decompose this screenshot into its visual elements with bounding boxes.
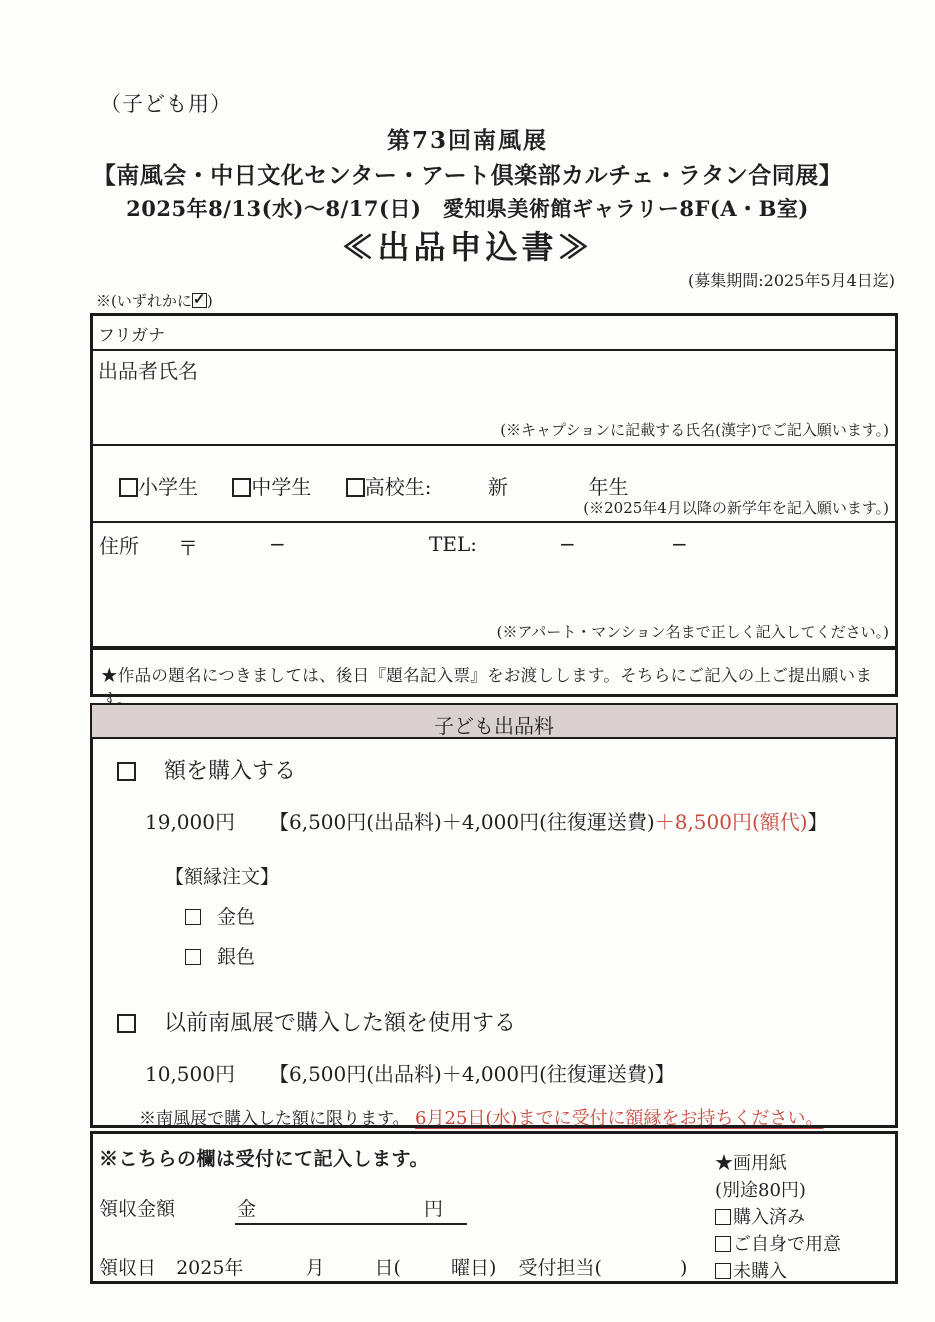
applicant-info-table: フリガナ 出品者氏名 (※キャプションに記載する氏名(漢字)でご記入願います。)…: [90, 313, 898, 650]
address-note: (※アパート・マンション名まで正しく記入してください。): [93, 621, 895, 642]
frame-order-label: 【額縁注文】: [165, 866, 279, 888]
grade-option-elementary: 小学生: [119, 475, 198, 499]
grade-new-label: 新: [488, 475, 508, 499]
application-form-page: （子ども用） 第73回南風展 【南風会・中日文化センター・アート倶楽部カルチェ・…: [0, 0, 935, 1322]
reception-box: ※こちらの欄は受付にて記入します。 領収金額金円 領収日 2025年 月 日( …: [90, 1131, 898, 1284]
tel-dash-1: −: [559, 532, 576, 556]
drawing-paper-block: ★画用紙 (別途80円) 購入済み ご自身で用意 未購入: [715, 1150, 841, 1285]
checkbox-high-school[interactable]: [346, 478, 365, 497]
form-title: ≪出品申込書≫: [0, 222, 935, 268]
buy-frame-breakdown-black: 【6,500円(出品料)＋4,000円(往復運送費): [269, 810, 655, 834]
grade-note: (※2025年4月以降の新学年を記入願います。): [93, 497, 895, 518]
applicant-name-note: (※キャプションに記載する氏名(漢字)でご記入願います。): [93, 419, 895, 440]
receipt-date-month: 月: [305, 1253, 324, 1280]
check-instruction: ※(いずれかに): [96, 290, 213, 311]
postal-mark: 〒: [178, 532, 198, 561]
recruitment-deadline: (募集期間:2025年5月4日迄): [688, 268, 895, 291]
paper-option-purchased-label: 購入済み: [733, 1207, 805, 1228]
reception-staff-label: 受付担当(: [518, 1253, 601, 1280]
checkbox-use-previous-frame[interactable]: [117, 1014, 136, 1033]
grade-option-high-school-label: 高校生:: [365, 475, 432, 499]
paper-option-own-label: ご自身で用意: [733, 1234, 841, 1255]
drawing-paper-subtitle: (別途80円): [715, 1177, 841, 1204]
receipt-amount-label: 領収金額: [99, 1198, 175, 1220]
buy-frame-breakdown: 【6,500円(出品料)＋4,000円(往復運送費)＋8,500円(額代)】: [269, 810, 828, 834]
fee-options-box: 額を購入する 19,000円【6,500円(出品料)＋4,000円(往復運送費)…: [90, 739, 898, 1128]
frame-color-gold-option: 金色: [93, 902, 895, 929]
checkbox-paper-purchased[interactable]: [715, 1209, 731, 1225]
checkbox-buy-frame[interactable]: [117, 762, 136, 781]
receipt-date-day: 日(: [375, 1253, 401, 1280]
use-previous-frame-price: 10,500円: [145, 1062, 235, 1086]
audience-label: （子ども用）: [100, 88, 232, 118]
checked-box-icon: [192, 293, 207, 308]
exhibition-title: 第73回南風展: [0, 122, 935, 155]
paper-option-not-purchased-label: 未購入: [733, 1261, 787, 1282]
tel-label: TEL:: [429, 532, 477, 556]
receipt-amount-suffix: 円: [424, 1194, 443, 1221]
fee-section-header: 子ども出品料: [90, 703, 898, 739]
receipt-amount-field[interactable]: 金円: [235, 1194, 467, 1225]
checkbox-paper-own[interactable]: [715, 1236, 731, 1252]
use-previous-frame-breakdown: 【6,500円(出品料)＋4,000円(往復運送費)】: [269, 1062, 675, 1086]
frame-color-gold-label: 金色: [217, 906, 255, 928]
exhibition-schedule-venue: 2025年8/13(水)～8/17(日) 愛知県美術館ギャラリー8F(A・B室): [0, 193, 935, 223]
receipt-amount-prefix: 金: [237, 1194, 256, 1221]
buy-frame-label: 額を購入する: [164, 759, 296, 784]
check-instruction-suffix: ): [207, 292, 213, 310]
checkbox-paper-not-purchased[interactable]: [715, 1263, 731, 1279]
furigana-label: フリガナ: [98, 326, 165, 346]
checkbox-gold[interactable]: [185, 909, 201, 925]
buy-frame-breakdown-close: 】: [808, 810, 828, 834]
address-label: 住所: [99, 534, 139, 558]
receipt-date-year: 2025年: [176, 1253, 243, 1280]
drawing-paper-title: ★画用紙: [715, 1150, 841, 1177]
checkbox-silver[interactable]: [185, 949, 201, 965]
previous-frame-note-line: ※南風展で購入した額に限ります。 6月25日(水)までに受付に額縁をお持ちくださ…: [93, 1104, 895, 1130]
grade-option-junior-high-label: 中学生: [251, 475, 311, 499]
checkbox-junior-high[interactable]: [232, 478, 251, 497]
buy-frame-breakdown-red: ＋8,500円(額代): [655, 810, 808, 834]
frame-deadline-note: 6月25日(水)までに受付に額縁をお持ちください。: [415, 1108, 823, 1129]
buy-frame-price-line: 19,000円【6,500円(出品料)＋4,000円(往復運送費)＋8,500円…: [93, 806, 895, 835]
receipt-date-label: 領収日: [99, 1253, 156, 1280]
use-previous-frame-label: 以前南風展で購入した額を使用する: [164, 1011, 516, 1036]
grade-year-label: 年生: [589, 475, 629, 499]
use-previous-frame-option: 以前南風展で購入した額を使用する: [93, 1006, 895, 1037]
grade-option-high-school: 高校生:: [346, 475, 432, 499]
grade-option-elementary-label: 小学生: [138, 475, 198, 499]
paper-option-own: ご自身で用意: [715, 1231, 841, 1258]
buy-frame-option: 額を購入する: [93, 739, 895, 785]
check-instruction-prefix: ※(いずれかに: [96, 292, 192, 310]
buy-frame-price: 19,000円: [145, 810, 235, 834]
frame-order-heading: 【額縁注文】: [93, 862, 895, 889]
furigana-row: フリガナ: [93, 316, 895, 349]
grade-option-junior-high: 中学生: [232, 475, 311, 499]
previous-frame-note: ※南風展で購入した額に限ります。: [139, 1109, 410, 1129]
reception-staff-close: ): [680, 1257, 687, 1279]
checkbox-elementary[interactable]: [119, 478, 138, 497]
artwork-title-note-box: ★作品の題名につきましては、後日『題名記入票』をお渡しします。そちらにご記入の上…: [90, 646, 898, 697]
postal-code-dash: −: [269, 532, 286, 556]
frame-color-silver-option: 銀色: [93, 942, 895, 969]
applicant-name-label: 出品者氏名: [98, 359, 198, 383]
grade-row: 小学生 中学生 高校生: 新 年生 (※2025年4月以降の新学年を記入願います…: [93, 444, 895, 521]
tel-dash-2: −: [671, 532, 688, 556]
receipt-date-weekday: 曜日): [451, 1253, 496, 1280]
exhibition-subtitle: 【南風会・中日文化センター・アート倶楽部カルチェ・ラタン合同展】: [0, 157, 935, 190]
use-previous-frame-price-line: 10,500円【6,500円(出品料)＋4,000円(往復運送費)】: [93, 1058, 895, 1087]
address-row: 住所 〒 − TEL: − − (※アパート・マンション名まで正しく記入してくだ…: [93, 521, 895, 647]
paper-option-purchased: 購入済み: [715, 1204, 841, 1231]
paper-option-not-purchased: 未購入: [715, 1258, 841, 1285]
applicant-name-row: 出品者氏名 (※キャプションに記載する氏名(漢字)でご記入願います。): [93, 349, 895, 444]
frame-color-silver-label: 銀色: [217, 946, 255, 968]
fee-section-title: 子ども出品料: [434, 714, 554, 738]
